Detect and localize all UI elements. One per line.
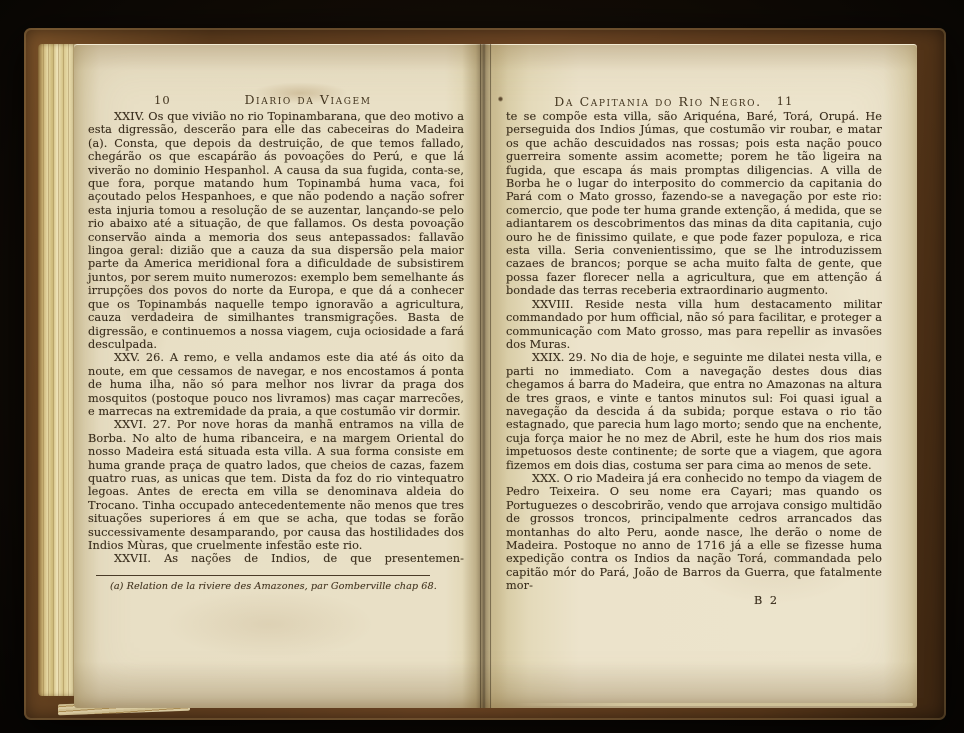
open-page-spread: 10 Diario da Viagem XXIV. Os que vivião … xyxy=(74,44,917,708)
page-bottom-edge xyxy=(512,703,913,706)
paragraph-xxx: XXX. O rio Madeira já era conhecido no t… xyxy=(506,472,882,593)
book-cover: 10 Diario da Viagem XXIV. Os que vivião … xyxy=(24,28,946,720)
stain xyxy=(164,589,374,659)
photo-background: 10 Diario da Viagem XXIV. Os que vivião … xyxy=(0,0,964,733)
paragraph-xxv: XXV. 26. A remo, e vella andamos este di… xyxy=(88,351,464,418)
paragraph-continuation: te se compõe esta villa, são Ariquéna, B… xyxy=(506,110,882,298)
left-running-title: Diario da Viagem xyxy=(202,92,414,107)
signature-mark: B 2 xyxy=(506,594,882,607)
paragraph-xxix: XXIX. 29. No dia de hoje, e seguinte me … xyxy=(506,351,882,472)
left-page-number: 10 xyxy=(154,93,171,107)
right-running-title: Da Capitania do Rio Negro. xyxy=(538,94,778,109)
gutter-fold-line xyxy=(480,44,481,708)
paragraph-xxvii: XXVII. As nações de Indios, de que prese… xyxy=(88,552,464,565)
paragraph-xxviii: XXVIII. Reside nesta villa hum destacame… xyxy=(506,298,882,352)
book-gutter-shadow xyxy=(462,44,508,708)
right-page-text: te se compõe esta villa, são Ariquéna, B… xyxy=(506,110,882,607)
footnote: (a) Relation de la riviere des Amazones,… xyxy=(96,581,440,593)
page-stack-edges xyxy=(38,44,78,696)
paragraph-xxiv: XXIV. Os que vivião no rio Topinambarana… xyxy=(88,110,464,351)
footnote-rule xyxy=(96,575,430,576)
ink-spot xyxy=(498,96,503,102)
gutter-fold-line xyxy=(490,44,491,708)
right-page-number: 11 xyxy=(770,94,800,108)
left-page-text: XXIV. Os que vivião no rio Topinambarana… xyxy=(88,110,464,593)
paragraph-xxvi: XXVI. 27. Por nove horas da manhã entram… xyxy=(88,418,464,552)
